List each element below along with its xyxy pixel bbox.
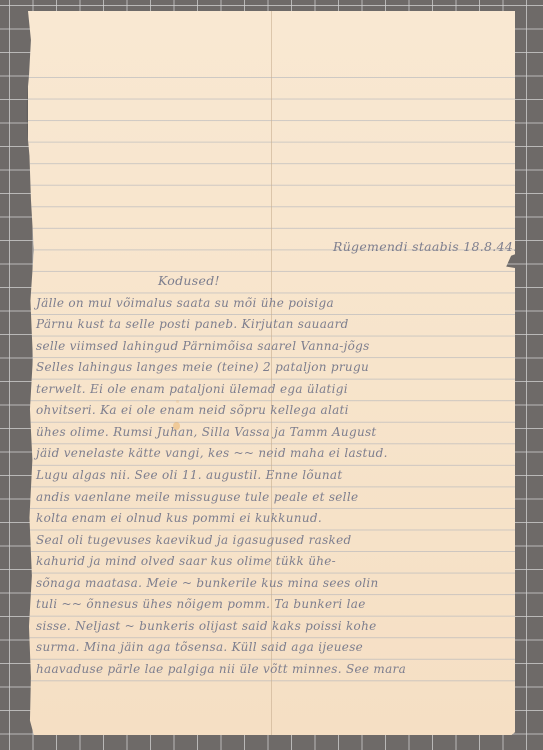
letter-line: jäid venelaste kätte vangi, kes ~~ neid … [36, 446, 388, 460]
letter-line: sisse. Neljast ~ bunkeris olijast said k… [36, 619, 377, 633]
letter-line: Lugu algas nii. See oli 11. augustil. En… [36, 468, 343, 482]
letter-line: andis vaenlane meile missuguse tule peal… [36, 490, 358, 504]
letter-line: Seal oli tugevuses kaevikud ja igasuguse… [36, 533, 351, 547]
letter-line: Jälle on mul võimalus saata su mõi ühe p… [36, 296, 334, 310]
letter-line: selle viimsed lahingud Pärnimõisa saarel… [36, 339, 370, 353]
letter-line: kahurid ja mind olved saar kus olime tük… [36, 554, 336, 568]
letter-line: ühes olime. Rumsi Juhan, Silla Vassa ja … [36, 425, 377, 439]
letter-line: sõnaga maatasa. Meie ~ bunkerile kus min… [36, 576, 379, 590]
letter-line: surma. Mina jäin aga tõsensa. Küll said … [36, 640, 363, 654]
letter-line: ohvitseri. Ka ei ole enam neid sõpru kel… [36, 403, 349, 417]
letter-paper: Rügemendi staabis 18.8.44. Kodused! Jäll… [28, 11, 515, 735]
place-date: Rügemendi staabis 18.8.44. [333, 239, 517, 254]
letter-greeting: Kodused! [158, 273, 220, 288]
letter-line: Pärnu kust ta selle posti paneb. Kirjuta… [36, 317, 349, 331]
letter-line: haavaduse pärle lae palgiga nii üle võtt… [36, 662, 406, 676]
letter-line: Selles lahingus langes meie (teine) 2 pa… [36, 360, 369, 374]
letter-line: terwelt. Ei ole enam pataljoni ülemad eg… [36, 382, 348, 396]
letter-line: kolta enam ei olnud kus pommi ei kukkunu… [36, 511, 322, 525]
letter-line: tuli ~~ õnnesus ühes nõigem pomm. Ta bun… [36, 597, 366, 611]
